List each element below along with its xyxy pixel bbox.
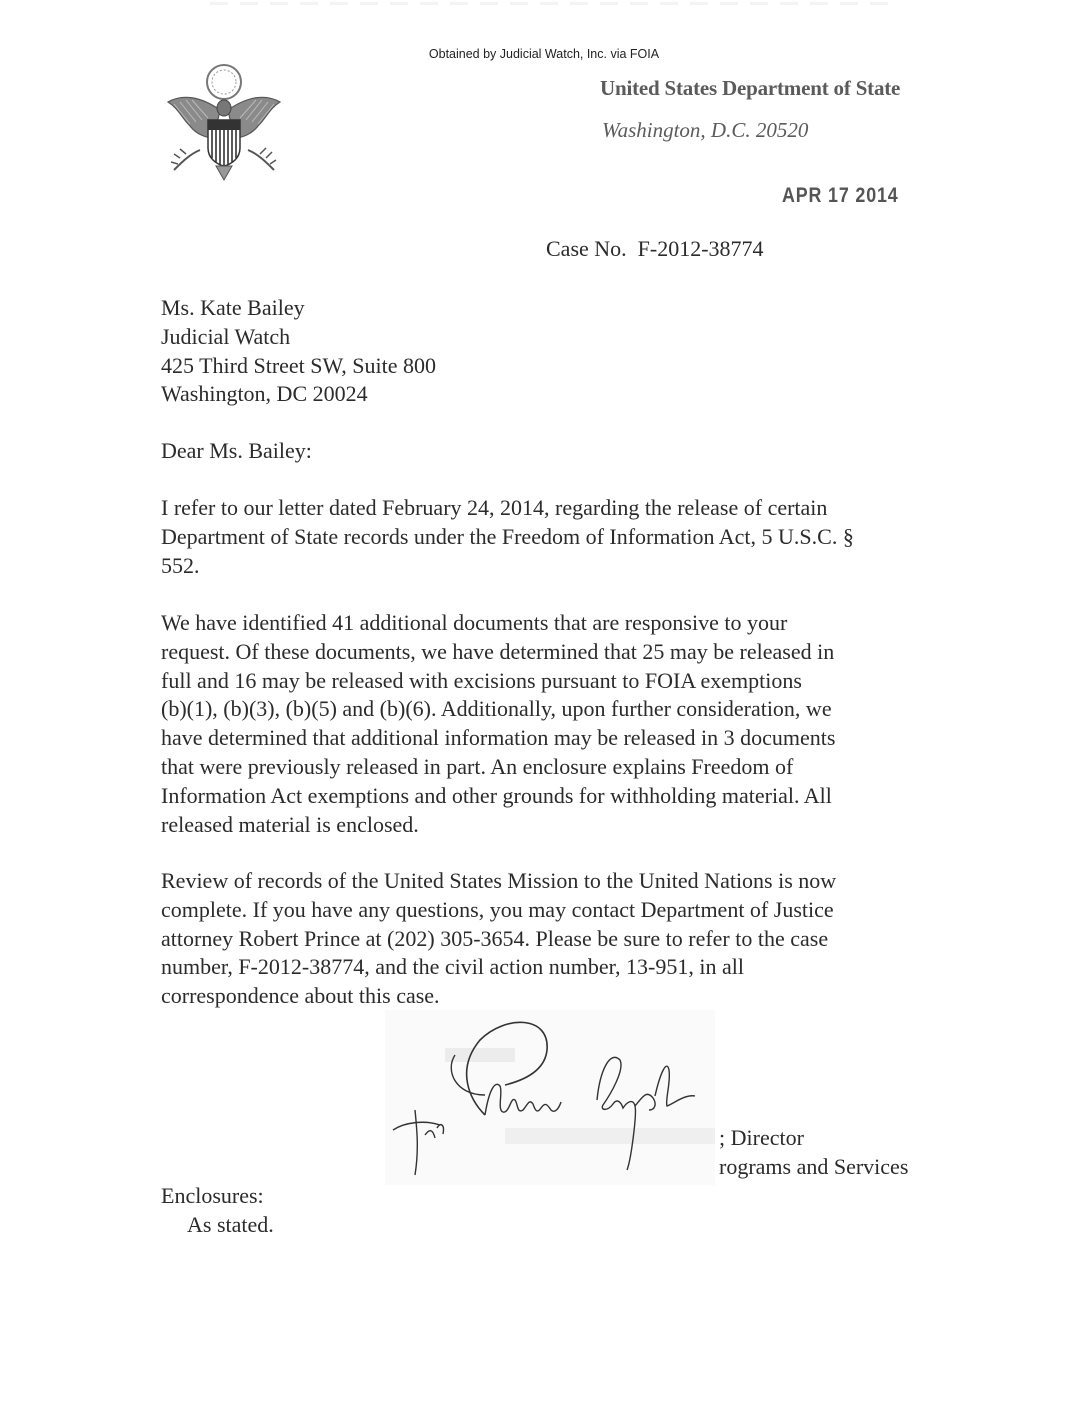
paragraph-line: Review of records of the United States M… [161, 867, 961, 896]
signer-office-line: rograms and Services [719, 1153, 908, 1182]
paragraph-line: 552. [161, 552, 961, 581]
body-paragraph-2: We have identified 41 additional documen… [161, 609, 961, 839]
paragraph-line: complete. If you have any questions, you… [161, 896, 961, 925]
signer-title-line: ; Director [719, 1124, 908, 1153]
agency-city: Washington, D.C. 20520 [602, 118, 808, 143]
paragraph-line: I refer to our letter dated February 24,… [161, 494, 961, 523]
paragraph-line: Information Act exemptions and other gro… [161, 782, 961, 811]
enclosures-value: As stated. [161, 1211, 274, 1240]
paragraph-line: Department of State records under the Fr… [161, 523, 961, 552]
recipient-name: Ms. Kate Bailey [161, 294, 436, 323]
recipient-organization: Judicial Watch [161, 323, 436, 352]
body-paragraph-1: I refer to our letter dated February 24,… [161, 494, 961, 580]
enclosures-block: Enclosures: As stated. [161, 1182, 274, 1240]
paragraph-line: full and 16 may be released with excisio… [161, 667, 961, 696]
paragraph-line: correspondence about this case. [161, 982, 961, 1011]
paragraph-line: number, F-2012-38774, and the civil acti… [161, 953, 961, 982]
paragraph-line: (b)(1), (b)(3), (b)(5) and (b)(6). Addit… [161, 695, 961, 724]
great-seal-icon [160, 58, 288, 186]
paragraph-line: that were previously released in part. A… [161, 753, 961, 782]
paragraph-line: attorney Robert Prince at (202) 305-3654… [161, 925, 961, 954]
body-paragraph-3: Review of records of the United States M… [161, 867, 961, 1011]
enclosures-label: Enclosures: [161, 1182, 274, 1211]
salutation: Dear Ms. Bailey: [161, 437, 312, 466]
paragraph-line: released material is enclosed. [161, 811, 961, 840]
paragraph-line: request. Of these documents, we have det… [161, 638, 961, 667]
recipient-street: 425 Third Street SW, Suite 800 [161, 352, 436, 381]
recipient-address: Ms. Kate Bailey Judicial Watch 425 Third… [161, 294, 436, 409]
paragraph-line: have determined that additional informat… [161, 724, 961, 753]
date-stamp: APR 17 2014 [782, 184, 899, 208]
signer-title: ; Director rograms and Services [719, 1124, 908, 1182]
signature-icon [385, 1010, 715, 1185]
recipient-city: Washington, DC 20024 [161, 380, 436, 409]
scan-noise [210, 2, 890, 5]
case-number: Case No. F-2012-38774 [546, 236, 764, 262]
agency-name: United States Department of State [600, 76, 900, 101]
paragraph-line: We have identified 41 additional documen… [161, 609, 961, 638]
